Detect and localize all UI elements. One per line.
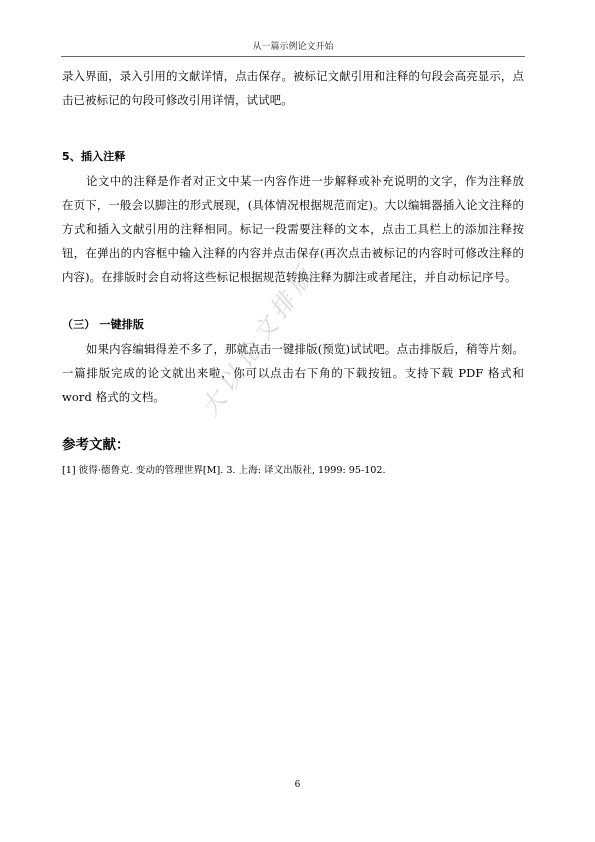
section-one-click-format: （三） 一键排版 如果内容编辑得差不多了，那就点击一键排版(预览)试试吧。点击排… bbox=[62, 313, 524, 409]
section-paragraph: 如果内容编辑得差不多了，那就点击一键排版(预览)试试吧。点击排版后，稍等片刻。一… bbox=[62, 337, 524, 409]
page-number: 6 bbox=[0, 780, 595, 790]
section-heading: （三） 一键排版 bbox=[62, 313, 524, 337]
section-heading: 5、插入注释 bbox=[62, 145, 524, 169]
page-header: 从一篇示例论文开始 bbox=[61, 41, 525, 57]
references-title: 参考文献： bbox=[62, 433, 130, 453]
section-insert-notes: 5、插入注释 论文中的注释是作者对正文中某一内容作进一步解释或补充说明的文字，作… bbox=[62, 145, 524, 289]
intro-text: 录入界面，录入引用的文献详情，点击保存。被标记文献引用和注释的句段会高亮显示，点… bbox=[62, 64, 524, 112]
intro-paragraph: 录入界面，录入引用的文献详情，点击保存。被标记文献引用和注释的句段会高亮显示，点… bbox=[62, 64, 524, 112]
section-paragraph: 论文中的注释是作者对正文中某一内容作进一步解释或补充说明的文字，作为注释放在页下… bbox=[62, 169, 524, 289]
reference-item: [1] 彼得·德鲁克. 变动的管理世界[M]. 3. 上海: 译文出版社, 19… bbox=[62, 464, 386, 478]
